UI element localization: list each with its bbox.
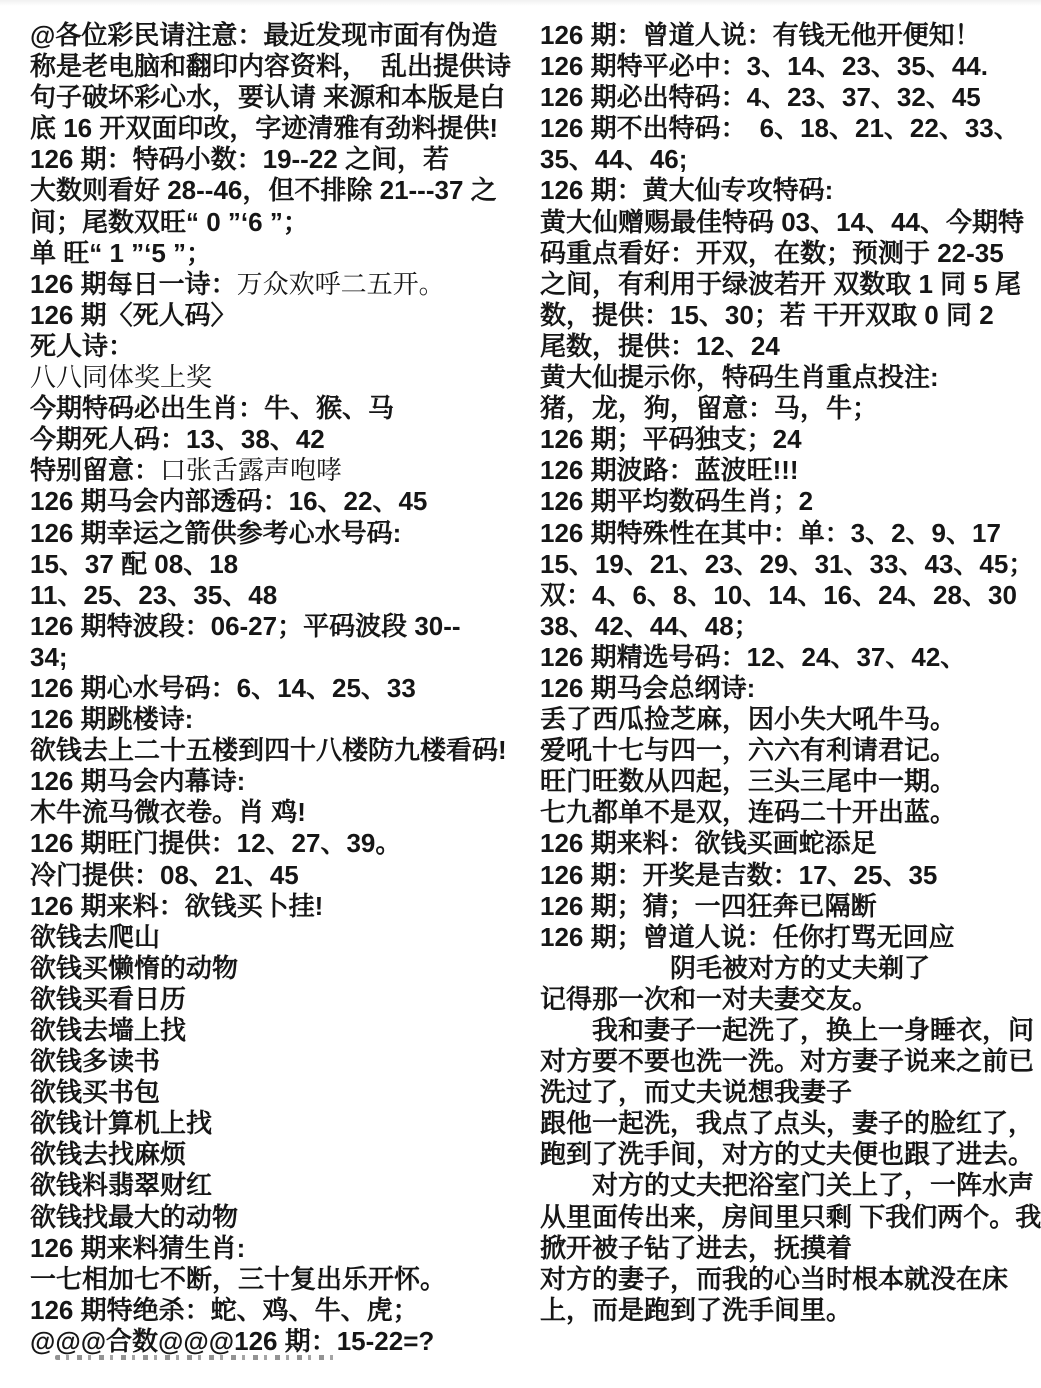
- text-line: @@@合数@@@126 期：15-22=?: [30, 1326, 512, 1357]
- text-line: 记得那一次和一对夫妻交友。: [540, 984, 1036, 1015]
- text-line: 126 期：黄大仙专攻特码:: [540, 175, 1036, 206]
- text-line: 特别留意：口张舌露声咆哮: [30, 455, 512, 486]
- text-line: 跟他一起洗，我点了点头，妻子的脸红了，: [540, 1108, 1036, 1139]
- text-segment: 猪，龙，狗，留意：马，牛；: [540, 393, 878, 423]
- text-line: 对方的丈夫把浴室门关上了，一阵水声: [540, 1170, 1036, 1201]
- text-segment: 126 期来料：欲钱买卜挂!: [30, 891, 323, 921]
- text-segment: 欲钱去上二十五楼到四十八楼防九楼看码!: [30, 735, 507, 765]
- text-segment: 对方的丈夫把浴室门关上了，一阵水声: [592, 1170, 1034, 1200]
- text-line: 欲钱多读书: [30, 1046, 512, 1077]
- text-line: 欲钱去爬山: [30, 922, 512, 953]
- text-line: 旺门旺数从四起，三头三尾中一期。: [540, 766, 1036, 797]
- text-line: 对方要不要也洗一洗。对方妻子说来之前已: [540, 1046, 1036, 1077]
- text-line: 对方的妻子，而我的心当时根本就没在床: [540, 1264, 1036, 1295]
- text-segment: @各位彩民请注意：最近发现市面有伪造: [30, 20, 497, 50]
- text-segment: 欲钱去爬山: [30, 922, 160, 952]
- text-segment: 掀开被子钻了进去，抚摸着: [540, 1233, 852, 1263]
- text-line: 冷门提供：08、21、45: [30, 860, 512, 891]
- text-segment: 126 期来料：欲钱买画蛇添足: [540, 828, 877, 858]
- text-segment: 大数则看好 28--46，但不排除 21---37 之: [30, 175, 497, 205]
- text-segment: 126 期：曾道人说：有钱无他开便知！: [540, 20, 981, 50]
- text-line: 爱吼十七与四一，六六有利请君记。: [540, 735, 1036, 766]
- text-line: 今期特码必出生肖：牛、猴、马: [30, 393, 512, 424]
- text-line: 欲钱料翡翠财红: [30, 1170, 512, 1201]
- text-segment: 126 期不出特码： 6、18、21、22、33、: [540, 113, 1020, 143]
- text-segment: 126 期马会总纲诗:: [540, 673, 755, 703]
- text-line: 126 期特平必中：3、14、23、35、44.: [540, 51, 1036, 82]
- text-line: 掀开被子钻了进去，抚摸着: [540, 1233, 1036, 1264]
- text-segment: 38、42、44、48；: [540, 611, 760, 641]
- text-line: 之间，有利用于绿波若开 双数取 1 同 5 尾: [540, 269, 1036, 300]
- text-line: 猪，龙，狗，留意：马，牛；: [540, 393, 1036, 424]
- text-segment: 126 期精选号码：12、24、37、42、: [540, 642, 966, 672]
- text-segment: 34;: [30, 642, 68, 672]
- text-segment: 126 期每日一诗：: [30, 269, 237, 299]
- text-segment: 今期死人码：13、38、42: [30, 424, 325, 454]
- text-segment: 爱吼十七与四一，六六有利请君记。: [540, 735, 956, 765]
- text-line: 单 旺“ 1 ”‘5 ”；: [30, 238, 512, 269]
- text-segment: 126 期来料猜生肖:: [30, 1233, 245, 1263]
- text-segment: 126 期特殊性在其中：单：3、2、9、17: [540, 518, 1001, 548]
- text-segment: 欲钱计算机上找: [30, 1108, 212, 1138]
- text-segment: 黄大仙提示你，特码生肖重点投注:: [540, 362, 939, 392]
- text-line: 跑到了洗手间，对方的丈夫便也跟了进去。: [540, 1139, 1036, 1170]
- text-segment: 码重点看好：开双，在数；预测于 22-35: [540, 238, 1004, 268]
- text-segment: 万众欢呼二五开。: [237, 270, 445, 299]
- text-line: 欲钱去上二十五楼到四十八楼防九楼看码!: [30, 735, 512, 766]
- text-segment: @@@合数@@@126 期：15-22=?: [30, 1326, 434, 1356]
- text-line: 126 期波路：蓝波旺!!!: [540, 455, 1036, 486]
- lottery-tips-sheet: @各位彩民请注意：最近发现市面有伪造称是老电脑和翻印内容资料， 乱出提供诗句子破…: [0, 0, 1041, 1388]
- text-line: @各位彩民请注意：最近发现市面有伪造: [30, 20, 512, 51]
- text-segment: 上，而是跑到了洗手间里。: [540, 1295, 852, 1325]
- text-line: 126 期马会内幕诗:: [30, 766, 512, 797]
- text-line: 我和妻子一起洗了，换上一身睡衣，问: [540, 1015, 1036, 1046]
- text-segment: 洗过了，而丈夫说想我妻子: [540, 1077, 852, 1107]
- text-segment: 11、25、23、35、48: [30, 580, 277, 610]
- text-line: 15、37 配 08、18: [30, 549, 512, 580]
- text-line: 126 期马会内部透码：16、22、45: [30, 486, 512, 517]
- text-segment: 欲钱去找麻烦: [30, 1139, 186, 1169]
- text-line: 126 期：特码小数：19--22 之间，若: [30, 144, 512, 175]
- text-line: 一七相加七不断，三十复出乐开怀。: [30, 1264, 512, 1295]
- text-segment: 126 期幸运之箭供参考心水号码:: [30, 518, 401, 548]
- text-line: 欲钱买懒惰的动物: [30, 953, 512, 984]
- text-segment: 126 期平均数码生肖；2: [540, 486, 813, 516]
- text-line: 126 期精选号码：12、24、37、42、: [540, 642, 1036, 673]
- text-segment: 死人诗：: [30, 331, 134, 361]
- text-segment: 木牛流马微衣卷。肖 鸡!: [30, 797, 306, 827]
- text-segment: 15、19、21、23、29、31、33、43、45；: [540, 549, 1034, 579]
- text-line: 126 期平均数码生肖；2: [540, 486, 1036, 517]
- text-line: 126 期；平码独支；24: [540, 424, 1036, 455]
- text-segment: 126 期；平码独支；24: [540, 424, 802, 454]
- text-segment: 欲钱买看日历: [30, 984, 186, 1014]
- text-segment: 126 期：特码小数：19--22 之间，若: [30, 144, 449, 174]
- text-line: 阴毛被对方的丈夫剃了: [540, 953, 1036, 984]
- text-line: 欲钱去找麻烦: [30, 1139, 512, 1170]
- text-segment: 记得那一次和一对夫妻交友。: [540, 984, 878, 1014]
- text-segment: 今期特码必出生肖：牛、猴、马: [30, 393, 394, 423]
- text-line: 126 期旺门提供：12、27、39。: [30, 828, 512, 859]
- text-line: 126 期来料：欲钱买画蛇添足: [540, 828, 1036, 859]
- text-line: 数，提供：15、30；若 干开双取 0 同 2: [540, 300, 1036, 331]
- text-line: 木牛流马微衣卷。肖 鸡!: [30, 797, 512, 828]
- text-segment: 特别留意：: [30, 455, 160, 485]
- text-line: 126 期〈死人码〉: [30, 300, 512, 331]
- text-segment: 称是老电脑和翻印内容资料， 乱出提供诗: [30, 51, 511, 81]
- text-line: 35、44、46;: [540, 144, 1036, 175]
- text-segment: 单 旺“ 1 ”‘5 ”；: [30, 238, 212, 268]
- text-segment: 双：4、6、8、10、14、16、24、28、30: [540, 580, 1017, 610]
- text-segment: 尾数，提供：12、24: [540, 331, 780, 361]
- text-segment: 八八同体奖上奖: [30, 363, 212, 392]
- text-line: 15、19、21、23、29、31、33、43、45；: [540, 549, 1036, 580]
- text-segment: 数，提供：15、30；若 干开双取 0 同 2: [540, 300, 994, 330]
- text-line: 大数则看好 28--46，但不排除 21---37 之: [30, 175, 512, 206]
- text-segment: 126 期；猜；一四狂奔已隔断: [540, 891, 877, 921]
- text-line: 尾数，提供：12、24: [540, 331, 1036, 362]
- text-segment: 126 期跳楼诗:: [30, 704, 193, 734]
- left-column: @各位彩民请注意：最近发现市面有伪造称是老电脑和翻印内容资料， 乱出提供诗句子破…: [30, 20, 512, 1357]
- text-segment: 黄大仙赠赐最佳特码 03、14、44、今期特: [540, 207, 1024, 237]
- text-segment: 之间，有利用于绿波若开 双数取 1 同 5 尾: [540, 269, 1021, 299]
- text-line: 七九都单不是双，连码二十开出蓝。: [540, 797, 1036, 828]
- text-segment: 欲钱买懒惰的动物: [30, 953, 238, 983]
- text-segment: 126 期旺门提供：12、27、39。: [30, 828, 401, 858]
- text-line: 126 期跳楼诗:: [30, 704, 512, 735]
- text-line: 黄大仙赠赐最佳特码 03、14、44、今期特: [540, 207, 1036, 238]
- text-segment: 跟他一起洗，我点了点头，妻子的脸红了，: [540, 1108, 1034, 1138]
- text-line: 八八同体奖上奖: [30, 362, 512, 393]
- text-segment: 从里面传出来，房间里只剩 下我们两个。我: [540, 1202, 1041, 1232]
- text-line: 126 期特殊性在其中：单：3、2、9、17: [540, 518, 1036, 549]
- text-line: 126 期特绝杀：蛇、鸡、牛、虎；: [30, 1295, 512, 1326]
- text-line: 句子破坏彩心水，要认请 来源和本版是白: [30, 82, 512, 113]
- text-line: 126 期马会总纲诗:: [540, 673, 1036, 704]
- text-line: 126 期必出特码：4、23、37、32、45: [540, 82, 1036, 113]
- text-line: 126 期：曾道人说：有钱无他开便知！: [540, 20, 1036, 51]
- text-line: 欲钱计算机上找: [30, 1108, 512, 1139]
- text-line: 上，而是跑到了洗手间里。: [540, 1295, 1036, 1326]
- text-segment: 35、44、46;: [540, 144, 687, 174]
- text-segment: 欲钱料翡翠财红: [30, 1170, 212, 1200]
- scan-top-edge: [0, 0, 1041, 6]
- text-line: 欲钱找最大的动物: [30, 1202, 512, 1233]
- text-segment: 126 期特平必中：3、14、23、35、44.: [540, 51, 988, 81]
- text-line: 126 期；猜；一四狂奔已隔断: [540, 891, 1036, 922]
- text-segment: 126 期马会内部透码：16、22、45: [30, 486, 427, 516]
- text-segment: 口张舌露声咆哮: [160, 456, 342, 485]
- text-segment: 126 期：黄大仙专攻特码:: [540, 175, 833, 205]
- text-segment: 一七相加七不断，三十复出乐开怀。: [30, 1264, 446, 1294]
- text-segment: 126 期〈死人码〉: [30, 300, 237, 330]
- text-line: 欲钱买书包: [30, 1077, 512, 1108]
- text-segment: 126 期必出特码：4、23、37、32、45: [540, 82, 981, 112]
- text-line: 126 期幸运之箭供参考心水号码:: [30, 518, 512, 549]
- text-line: 126 期来料猜生肖:: [30, 1233, 512, 1264]
- text-line: 码重点看好：开双，在数；预测于 22-35: [540, 238, 1036, 269]
- text-segment: 阴毛被对方的丈夫剃了: [670, 953, 930, 983]
- text-segment: 对方的妻子，而我的心当时根本就没在床: [540, 1264, 1008, 1294]
- text-line: 底 16 开双面印改，字迹清雅有劲料提供!: [30, 113, 512, 144]
- text-segment: 126 期心水号码：6、14、25、33: [30, 673, 416, 703]
- text-segment: 底 16 开双面印改，字迹清雅有劲料提供!: [30, 113, 498, 143]
- text-segment: 126 期马会内幕诗:: [30, 766, 245, 796]
- text-line: 126 期特波段：06-27；平码波段 30--: [30, 611, 512, 642]
- text-segment: 对方要不要也洗一洗。对方妻子说来之前已: [540, 1046, 1034, 1076]
- text-segment: 欲钱去墙上找: [30, 1015, 186, 1045]
- text-line: 洗过了，而丈夫说想我妻子: [540, 1077, 1036, 1108]
- scan-edge-artifact: [55, 1355, 340, 1360]
- text-segment: 126 期特绝杀：蛇、鸡、牛、虎；: [30, 1295, 419, 1325]
- text-segment: 126 期波路：蓝波旺!!!: [540, 455, 799, 485]
- text-segment: 15、37 配 08、18: [30, 549, 238, 579]
- text-line: 126 期每日一诗：万众欢呼二五开。: [30, 269, 512, 300]
- text-segment: 126 期：开奖是吉数：17、25、35: [540, 860, 937, 890]
- text-segment: 七九都单不是双，连码二十开出蓝。: [540, 797, 956, 827]
- text-line: 丢了西瓜捡芝麻，因小失大吼牛马。: [540, 704, 1036, 735]
- text-segment: 欲钱买书包: [30, 1077, 160, 1107]
- text-line: 126 期；曾道人说：任你打骂无回应: [540, 922, 1036, 953]
- text-line: 126 期来料：欲钱买卜挂!: [30, 891, 512, 922]
- text-line: 黄大仙提示你，特码生肖重点投注:: [540, 362, 1036, 393]
- text-line: 间；尾数双旺“ 0 ”‘6 ”；: [30, 207, 512, 238]
- text-line: 死人诗：: [30, 331, 512, 362]
- text-line: 从里面传出来，房间里只剩 下我们两个。我: [540, 1202, 1036, 1233]
- right-column: 126 期：曾道人说：有钱无他开便知！126 期特平必中：3、14、23、35、…: [540, 20, 1036, 1326]
- text-segment: 126 期特波段：06-27；平码波段 30--: [30, 611, 461, 641]
- text-line: 34;: [30, 642, 512, 673]
- text-line: 欲钱买看日历: [30, 984, 512, 1015]
- text-line: 126 期：开奖是吉数：17、25、35: [540, 860, 1036, 891]
- text-segment: 丢了西瓜捡芝麻，因小失大吼牛马。: [540, 704, 956, 734]
- text-segment: 欲钱找最大的动物: [30, 1202, 238, 1232]
- text-line: 38、42、44、48；: [540, 611, 1036, 642]
- text-segment: 126 期；曾道人说：任你打骂无回应: [540, 922, 955, 952]
- text-segment: 我和妻子一起洗了，换上一身睡衣，问: [592, 1015, 1034, 1045]
- text-segment: 冷门提供：08、21、45: [30, 860, 299, 890]
- text-segment: 跑到了洗手间，对方的丈夫便也跟了进去。: [540, 1139, 1034, 1169]
- text-line: 双：4、6、8、10、14、16、24、28、30: [540, 580, 1036, 611]
- text-line: 称是老电脑和翻印内容资料， 乱出提供诗: [30, 51, 512, 82]
- text-line: 欲钱去墙上找: [30, 1015, 512, 1046]
- text-segment: 间；尾数双旺“ 0 ”‘6 ”；: [30, 207, 309, 237]
- text-line: 126 期不出特码： 6、18、21、22、33、: [540, 113, 1036, 144]
- text-line: 11、25、23、35、48: [30, 580, 512, 611]
- text-segment: 句子破坏彩心水，要认请 来源和本版是白: [30, 82, 505, 112]
- text-line: 今期死人码：13、38、42: [30, 424, 512, 455]
- text-segment: 旺门旺数从四起，三头三尾中一期。: [540, 766, 956, 796]
- text-line: 126 期心水号码：6、14、25、33: [30, 673, 512, 704]
- text-segment: 欲钱多读书: [30, 1046, 160, 1076]
